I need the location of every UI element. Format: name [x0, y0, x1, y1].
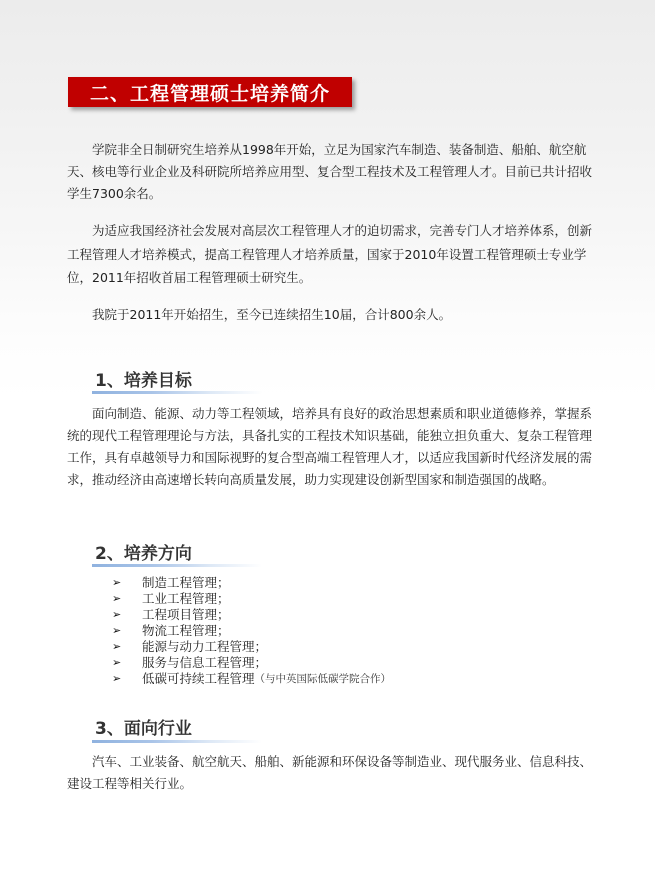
list-item: ➢工业工程管理； [112, 591, 391, 607]
list-item: ➢物流工程管理； [112, 623, 391, 639]
arrow-bullet-icon: ➢ [112, 655, 142, 671]
heading-training-directions: 2、培养方向 [95, 539, 192, 564]
heading-underline [92, 740, 262, 743]
target-industries-text: 汽车、工业装备、航空航天、船舶、新能源和环保设备等制造业、现代服务业、信息科技、… [67, 751, 595, 795]
list-item-label: 能源与动力工程管理； [142, 639, 267, 655]
intro-paragraph-2: 为适应我国经济社会发展对高层次工程管理人才的迫切需求，完善专门人才培养体系，创新… [67, 219, 595, 290]
list-item-label: 物流工程管理； [142, 623, 230, 639]
heading-training-objectives: 1、培养目标 [95, 366, 192, 391]
arrow-bullet-icon: ➢ [112, 623, 142, 639]
arrow-bullet-icon: ➢ [112, 575, 142, 591]
section-title: 二、工程管理硕士培养简介 [90, 79, 330, 106]
heading-target-industries: 3、面向行业 [95, 714, 192, 739]
heading-underline [92, 564, 262, 567]
arrow-bullet-icon: ➢ [112, 591, 142, 607]
list-item-label: 工业工程管理； [142, 591, 230, 607]
intro-paragraph-3: 我院于2011年开始招生，至今已连续招生10届，合计800余人。 [67, 304, 595, 326]
list-item-label: 制造工程管理； [142, 575, 230, 591]
intro-paragraph-1: 学院非全日制研究生培养从1998年开始，立足为国家汽车制造、装备制造、船舶、航空… [67, 139, 595, 205]
training-directions-list: ➢制造工程管理； ➢工业工程管理； ➢工程项目管理； ➢物流工程管理； ➢能源与… [112, 575, 391, 687]
section-title-banner: 二、工程管理硕士培养简介 [68, 77, 352, 107]
list-item-label: 服务与信息工程管理； [142, 655, 267, 671]
list-item: ➢低碳可持续工程管理（与中英国际低碳学院合作） [112, 671, 391, 687]
list-item: ➢工程项目管理； [112, 607, 391, 623]
heading-underline [92, 391, 262, 394]
list-item-note: （与中英国际低碳学院合作） [255, 671, 392, 687]
arrow-bullet-icon: ➢ [112, 607, 142, 623]
training-objectives-text: 面向制造、能源、动力等工程领域，培养具有良好的政治思想素质和职业道德修养，掌握系… [67, 403, 595, 491]
list-item: ➢服务与信息工程管理； [112, 655, 391, 671]
list-item-label: 工程项目管理； [142, 607, 230, 623]
arrow-bullet-icon: ➢ [112, 639, 142, 655]
list-item: ➢制造工程管理； [112, 575, 391, 591]
arrow-bullet-icon: ➢ [112, 671, 142, 687]
list-item-label: 低碳可持续工程管理 [142, 671, 255, 687]
list-item: ➢能源与动力工程管理； [112, 639, 391, 655]
